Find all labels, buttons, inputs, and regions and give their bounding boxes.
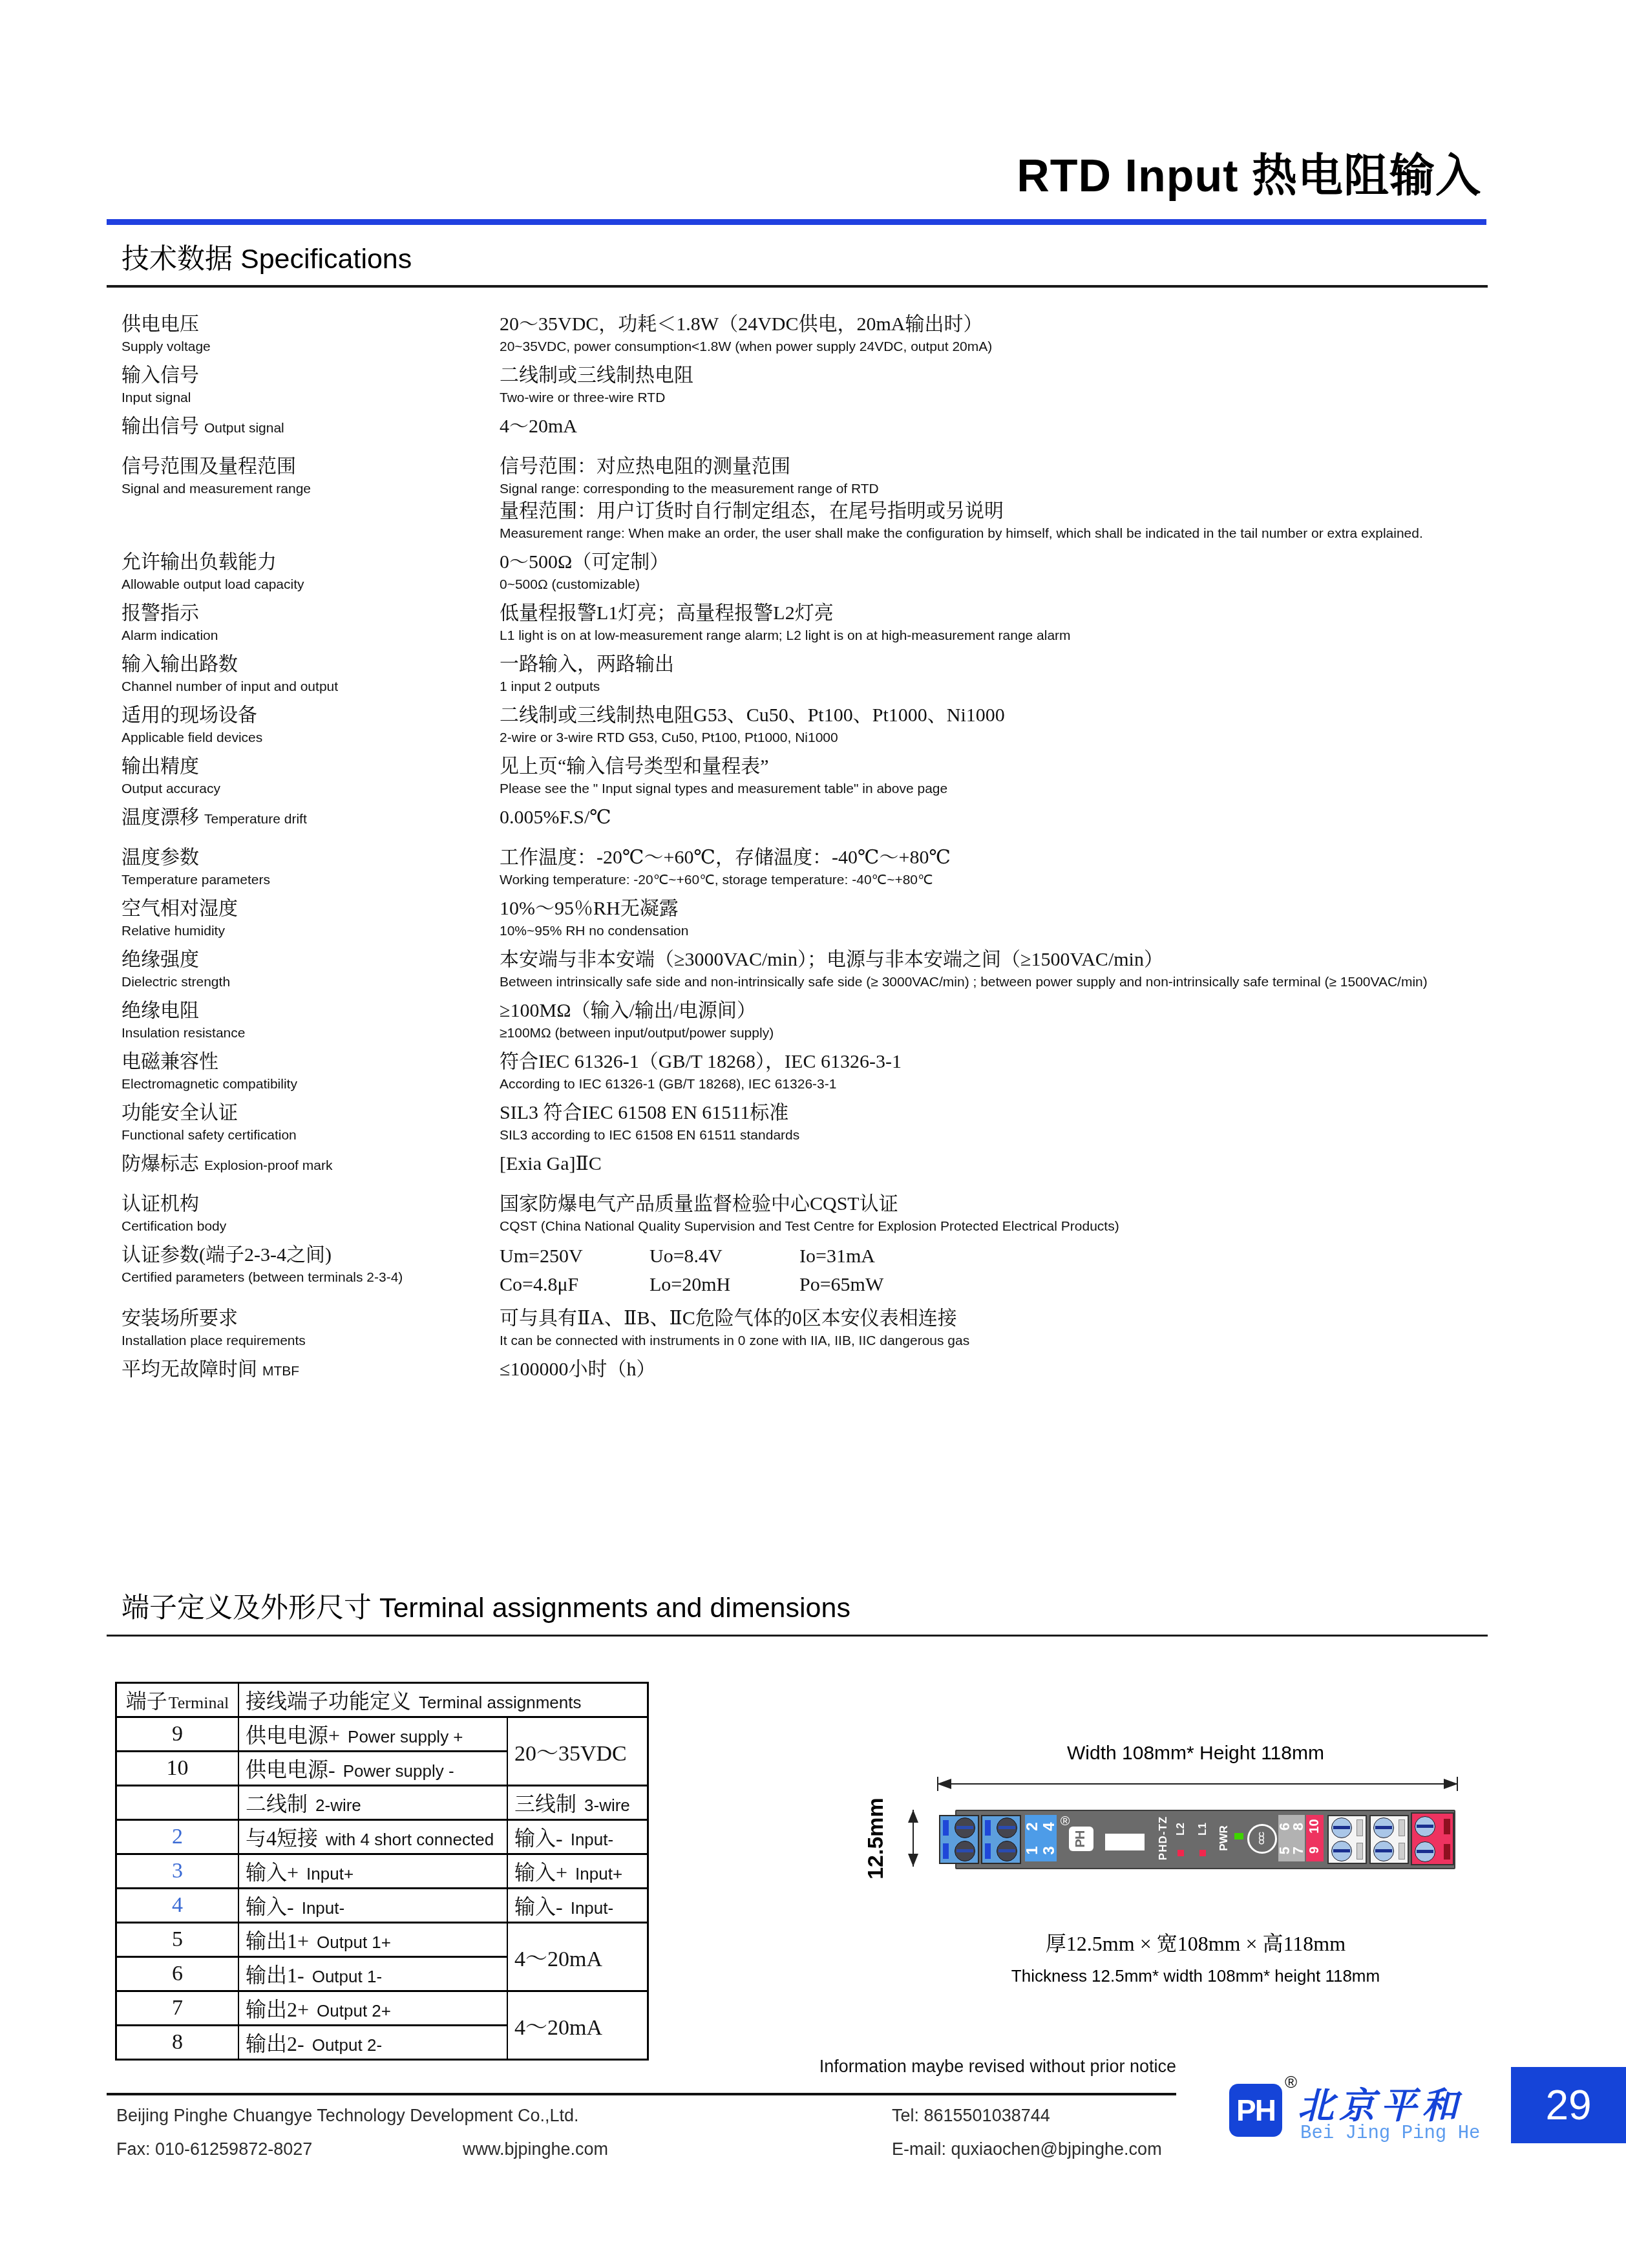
terminal-number: 2: [116, 1820, 239, 1854]
spec-label-zh: 允许输出负载能力: [121, 549, 500, 575]
spec-value: 4～20mA: [500, 414, 1505, 447]
spec-label: 温度参数Temperature parameters: [121, 845, 500, 889]
spec-value-zh: 一路输入，两路输出: [500, 652, 1505, 677]
terminal-function: 输出2-Output 2-: [238, 2026, 507, 2060]
led-label-l1: L1: [1194, 1811, 1211, 1847]
spec-param: Io=31mA: [799, 1242, 949, 1271]
spec-value-zh: 0～500Ω（可定制）: [500, 549, 1505, 575]
spec-label-zh: 温度漂移Temperature drift: [121, 805, 500, 832]
led-label-l2: L2: [1172, 1811, 1189, 1847]
table-row-2: 2 与4短接with 4 short connected 输入-Input-: [116, 1820, 648, 1854]
terminal-function: 输入+Input+: [238, 1854, 507, 1889]
spec-row: 安装场所要求Installation place requirements可与具…: [121, 1306, 1505, 1350]
spec-value-en: CQST (China National Quality Supervision…: [500, 1217, 1505, 1236]
spec-label-zh: 电磁兼容性: [121, 1049, 500, 1075]
screw-icon: [997, 1818, 1017, 1838]
spec-label-en: Temperature drift: [204, 812, 307, 827]
spec-value-en: According to IEC 61326-1 (GB/T 18268), I…: [500, 1075, 1505, 1094]
specs-list: 供电电压Supply voltage20～35VDC，功耗＜1.8W（24VDC…: [121, 312, 1505, 1397]
table-header-row: 端子Terminal 接线端子功能定义Terminal assignments: [116, 1683, 648, 1717]
terminals-heading-rule: [107, 1635, 1488, 1637]
terminal-block-white-1: [1327, 1815, 1367, 1864]
spec-label: 信号范围及量程范围Signal and measurement range: [121, 454, 500, 543]
spec-value-en: Between intrinsically safe side and non-…: [500, 973, 1505, 991]
led-label-pwr: PWR: [1215, 1810, 1233, 1867]
spec-value-zh: 工作温度：-20℃～+60℃，存储温度：-40℃～+80℃: [500, 845, 1505, 871]
width-height-label: Width 108mm* Height 118mm: [969, 1743, 1422, 1765]
thickness-label: 12.5mm: [861, 1805, 891, 1872]
spec-label-en: Explosion-proof mark: [204, 1158, 332, 1173]
spec-value: ≥100MΩ（输入/输出/电源间）≥100MΩ (between input/o…: [500, 998, 1505, 1043]
arrow-down-icon: [908, 1854, 918, 1867]
vertical-dimension-arrow: [913, 1810, 914, 1867]
spec-value-zh: 信号范围：对应热电阻的测量范围: [500, 454, 1505, 480]
terminal-block-white-2: [1369, 1815, 1409, 1864]
spec-row: 绝缘强度Dielectric strength本安端与非本安端（≥3000VAC…: [121, 947, 1505, 991]
header-assignments: 接线端子功能定义Terminal assignments: [238, 1683, 648, 1717]
terminal-value: 20～35VDC: [507, 1717, 648, 1786]
spec-value: 见上页“输入信号类型和量程表”Please see the " Input si…: [500, 754, 1505, 798]
spec-value: 工作温度：-20℃～+60℃，存储温度：-40℃～+80℃Working tem…: [500, 845, 1505, 889]
spec-value: 二线制或三线制热电阻G53、Cu50、Pt100、Pt1000、Ni10002-…: [500, 703, 1505, 747]
wire-slot: [1399, 1819, 1405, 1836]
spec-label-zh: 防爆标志Explosion-proof mark: [121, 1151, 500, 1179]
specs-heading-rule: [107, 285, 1488, 288]
terminal-number: 8: [116, 2026, 239, 2060]
spec-label-zh: 认证机构: [121, 1191, 500, 1217]
panel-number: 9: [1306, 1839, 1324, 1861]
spec-param: Um=250V: [500, 1242, 649, 1271]
spec-row: 温度漂移Temperature drift0.005%F.S/℃: [121, 805, 1505, 838]
table-row-9: 9 供电电源+Power supply + 20～35VDC: [116, 1717, 648, 1752]
terminal-function: 输出2+Output 2+: [238, 1991, 507, 2026]
spec-value-en: It can be connected with instruments in …: [500, 1331, 1505, 1350]
specs-heading-en: Specifications: [240, 244, 412, 275]
spec-label: 安装场所要求Installation place requirements: [121, 1306, 500, 1350]
terminal-function: 与4短接with 4 short connected: [238, 1820, 507, 1854]
spec-label: 输出精度Output accuracy: [121, 754, 500, 798]
spec-row: 适用的现场设备Applicable field devices二线制或三线制热电…: [121, 703, 1505, 747]
terminal-number: 10: [116, 1752, 239, 1786]
wire-slot: [1357, 1843, 1363, 1860]
company-logo: PH: [1229, 2084, 1282, 2137]
screw-icon: [1331, 1818, 1352, 1838]
spec-label-en: Certified parameters (between terminals …: [121, 1268, 500, 1287]
spec-label: 绝缘强度Dielectric strength: [121, 947, 500, 991]
spec-value-zh: 低量程报警L1灯亮；高量程报警L2灯亮: [500, 600, 1505, 626]
spec-value: 10%～95％RH无凝露10%~95% RH no condensation: [500, 896, 1505, 940]
spec-label: 功能安全认证Functional safety certification: [121, 1100, 500, 1145]
terminals-section-heading: 端子定义及外形尺寸 Terminal assignments and dimen…: [121, 1586, 850, 1626]
spec-label-en: Channel number of input and output: [121, 677, 500, 696]
terminal-number-empty: [116, 1786, 239, 1820]
spec-label-en: MTBF: [262, 1364, 299, 1379]
dimensions-text-zh: 厚12.5mm × 宽108mm × 高118mm: [969, 1927, 1422, 1957]
screw-icon: [1373, 1818, 1394, 1838]
spec-label: 允许输出负载能力Allowable output load capacity: [121, 549, 500, 594]
terminal-number-panel-red: 10 9: [1306, 1815, 1324, 1861]
screw-icon: [1373, 1841, 1394, 1861]
wire-slot: [1444, 1819, 1450, 1834]
spec-value: 信号范围：对应热电阻的测量范围Signal range: correspondi…: [500, 454, 1505, 543]
spec-label-en: Dielectric strength: [121, 973, 500, 991]
spec-label-en: Electromagnetic compatibility: [121, 1075, 500, 1094]
spec-label-zh: 输出精度: [121, 754, 500, 779]
screw-icon: [1415, 1816, 1435, 1837]
spec-label-en: Applicable field devices: [121, 728, 500, 747]
spec-value: 符合IEC 61326-1（GB/T 18268），IEC 61326-3-1A…: [500, 1049, 1505, 1094]
terminal-function: 输出1-Output 1-: [238, 1957, 507, 1991]
spec-value-zh: [Exia Ga]ⅡC: [500, 1151, 1505, 1177]
spec-value-en: 2-wire or 3-wire RTD G53, Cu50, Pt100, P…: [500, 728, 1505, 747]
spec-params-line: Co=4.8μFLo=20mHPo=65mW: [500, 1271, 1505, 1299]
table-row-3: 3 输入+Input+ 输入+Input+: [116, 1854, 648, 1889]
spec-value-zh: 0.005%F.S/℃: [500, 805, 1505, 831]
spec-label-zh: 输入输出路数: [121, 652, 500, 677]
company-fax: Fax: 010-61259872-8027: [116, 2139, 312, 2159]
spec-value-zh: 二线制或三线制热电阻: [500, 363, 1505, 388]
spec-value: 国家防爆电气产品质量监督检验中心CQST认证CQST (China Nation…: [500, 1191, 1505, 1236]
spec-value: [Exia Ga]ⅡC: [500, 1151, 1505, 1185]
spec-value-zh: 量程范围：用户订货时自行制定组态，在尾号指明或另说明: [500, 498, 1505, 524]
spec-label-en: Alarm indication: [121, 626, 500, 645]
spec-value-zh: 10%～95％RH无凝露: [500, 896, 1505, 922]
spec-value-zh: 符合IEC 61326-1（GB/T 18268），IEC 61326-3-1: [500, 1049, 1505, 1075]
terminal-number-panel-gray: 6 8 5 7: [1278, 1815, 1305, 1861]
spec-label: 供电电压Supply voltage: [121, 312, 500, 356]
spec-label-zh: 绝缘强度: [121, 947, 500, 973]
spec-row: 报警指示Alarm indication低量程报警L1灯亮；高量程报警L2灯亮L…: [121, 600, 1505, 645]
terminal-number: 9: [116, 1717, 239, 1752]
spec-value-en: Please see the " Input signal types and …: [500, 779, 1505, 798]
table-row-4: 4 输入-Input- 输入-Input-: [116, 1889, 648, 1923]
spec-row: 绝缘电阻Insulation resistance≥100MΩ（输入/输出/电源…: [121, 998, 1505, 1043]
spec-label: 认证参数(端子2-3-4之间)Certified parameters (bet…: [121, 1242, 500, 1299]
spec-label-en: Installation place requirements: [121, 1331, 500, 1350]
spec-label-zh: 安装场所要求: [121, 1306, 500, 1331]
spec-row: 输出信号Output signal4～20mA: [121, 414, 1505, 447]
spec-value-en: L1 light is on at low-measurement range …: [500, 626, 1505, 645]
terminal-number: 7: [116, 1991, 239, 2026]
spec-value-zh: ≤100000小时（h）: [500, 1357, 1505, 1383]
terminals-heading-zh: 端子定义及外形尺寸: [121, 1593, 372, 1624]
ccc-mark-icon: CCC: [1247, 1824, 1277, 1854]
terminal-3wire-function: 输入-Input-: [507, 1889, 648, 1923]
spec-value-en: Working temperature: -20℃~+60℃, storage …: [500, 871, 1505, 889]
spec-param: Co=4.8μF: [500, 1271, 649, 1299]
terminal-block-blue-2: [981, 1815, 1021, 1864]
led-l1-icon: [1199, 1850, 1206, 1856]
spec-row: 温度参数Temperature parameters工作温度：-20℃～+60℃…: [121, 845, 1505, 889]
spec-label-en: Output signal: [204, 421, 284, 436]
terminal-3wire-function: 输入+Input+: [507, 1854, 648, 1889]
spec-label-en: Relative humidity: [121, 922, 500, 940]
wire-slot: [943, 1820, 949, 1836]
spec-row: 平均无故障时间MTBF≤100000小时（h）: [121, 1357, 1505, 1390]
spec-label: 平均无故障时间MTBF: [121, 1357, 500, 1390]
spec-param: Uo=8.4V: [649, 1242, 799, 1271]
spec-value-en: Measurement range: When make an order, t…: [500, 524, 1505, 543]
datasheet-page: RTD Input 热电阻输入 技术数据 Specifications 供电电压…: [0, 0, 1626, 2268]
terminal-block-blue-1: [939, 1815, 979, 1864]
panel-number: 2: [1025, 1815, 1040, 1838]
spec-label-en: Supply voltage: [121, 337, 500, 356]
spec-value-zh: 二线制或三线制热电阻G53、Cu50、Pt100、Pt1000、Ni1000: [500, 703, 1505, 728]
terminal-number: 5: [116, 1923, 239, 1957]
dimensions-text-en: Thickness 12.5mm* width 108mm* height 11…: [969, 1966, 1422, 1986]
spec-value-en: SIL3 according to IEC 61508 EN 61511 sta…: [500, 1126, 1505, 1145]
spec-value-en: ≥100MΩ (between input/output/power suppl…: [500, 1024, 1505, 1043]
revision-notice: Information maybe revised without prior …: [107, 2057, 1176, 2077]
spec-value-zh: SIL3 符合IEC 61508 EN 61511标准: [500, 1100, 1505, 1126]
spec-label-en: Signal and measurement range: [121, 480, 500, 498]
spec-value: 二线制或三线制热电阻Two-wire or three-wire RTD: [500, 363, 1505, 407]
company-name: Beijing Pinghe Chuangye Technology Devel…: [116, 2106, 578, 2126]
panel-number: 10: [1306, 1815, 1324, 1838]
arrow-left-icon: [937, 1779, 951, 1789]
spec-label-zh: 报警指示: [121, 600, 500, 626]
spec-value: 可与具有ⅡA、ⅡB、ⅡC危险气体的0区本安仪表相连接It can be conn…: [500, 1306, 1505, 1350]
header-accent-rule: [107, 219, 1486, 225]
spec-label: 输入输出路数Channel number of input and output: [121, 652, 500, 696]
terminal-function: 供电电源+Power supply +: [238, 1717, 507, 1752]
table-row-wiretype: 二线制2-wire 三线制3-wire: [116, 1786, 648, 1820]
spec-label: 电磁兼容性Electromagnetic compatibility: [121, 1049, 500, 1094]
spec-params-line: Um=250VUo=8.4VIo=31mA: [500, 1242, 1505, 1271]
terminal-table: 端子Terminal 接线端子功能定义Terminal assignments …: [115, 1682, 649, 2061]
arrow-up-icon: [908, 1810, 918, 1823]
spec-value-en: 20~35VDC, power consumption<1.8W (when p…: [500, 337, 1505, 356]
spec-value-zh: 20～35VDC，功耗＜1.8W（24VDC供电，20mA输出时）: [500, 312, 1505, 337]
spec-label: 输入信号Input signal: [121, 363, 500, 407]
spec-value-en: Two-wire or three-wire RTD: [500, 388, 1505, 407]
spec-row: 供电电压Supply voltage20～35VDC，功耗＜1.8W（24VDC…: [121, 312, 1505, 356]
spec-row: 功能安全认证Functional safety certificationSIL…: [121, 1100, 1505, 1145]
table-row-7: 7 输出2+Output 2+ 4～20mA: [116, 1991, 648, 2026]
spec-label: 空气相对湿度Relative humidity: [121, 896, 500, 940]
spec-label: 报警指示Alarm indication: [121, 600, 500, 645]
wiretype-2wire: 二线制2-wire: [238, 1786, 507, 1820]
spec-value-zh: ≥100MΩ（输入/输出/电源间）: [500, 998, 1505, 1024]
wire-slot: [943, 1843, 949, 1859]
panel-number: 4: [1042, 1815, 1057, 1838]
specs-heading-zh: 技术数据: [121, 244, 233, 275]
spec-label-en: Allowable output load capacity: [121, 575, 500, 594]
spec-label-zh: 绝缘电阻: [121, 998, 500, 1024]
spec-label-en: Input signal: [121, 388, 500, 407]
ph-logo-on-module: PH: [1069, 1827, 1093, 1851]
spec-value: 0～500Ω（可定制）0~500Ω (customizable): [500, 549, 1505, 594]
led-l2-icon: [1177, 1850, 1184, 1856]
spec-row: 允许输出负载能力Allowable output load capacity0～…: [121, 549, 1505, 594]
spec-value-zh: 见上页“输入信号类型和量程表”: [500, 754, 1505, 779]
wire-slot: [1357, 1819, 1363, 1836]
spec-label-en: Output accuracy: [121, 779, 500, 798]
footer-rule: [107, 2093, 1176, 2095]
screw-icon: [1331, 1841, 1352, 1861]
spec-label-zh: 认证参数(端子2-3-4之间): [121, 1242, 500, 1268]
page-number-badge: 29: [1511, 2067, 1626, 2143]
wire-slot: [985, 1820, 991, 1836]
company-logo-zh: 北京平和: [1298, 2077, 1463, 2129]
terminal-3wire-function: 输入-Input-: [507, 1820, 648, 1854]
terminal-number-panel-left: 2 4 1 3: [1025, 1815, 1057, 1861]
spec-value: 一路输入，两路输出1 input 2 outputs: [500, 652, 1505, 696]
spec-value-zh: 本安端与非本安端（≥3000VAC/min）；电源与非本安端之间（≥1500VA…: [500, 947, 1505, 973]
spec-value-en: 0~500Ω (customizable): [500, 575, 1505, 594]
spec-value-zh: 4～20mA: [500, 414, 1505, 440]
spec-label-zh: 空气相对湿度: [121, 896, 500, 922]
module-label-window: [1105, 1834, 1145, 1850]
spec-row: 电磁兼容性Electromagnetic compatibility符合IEC …: [121, 1049, 1505, 1094]
specs-section-heading: 技术数据 Specifications: [121, 237, 412, 277]
device-dimension-diagram: Width 108mm* Height 118mm 12.5mm 2 4 1: [866, 1700, 1626, 2036]
terminals-heading-en: Terminal assignments and dimensions: [379, 1593, 850, 1624]
spec-value-zh: 国家防爆电气产品质量监督检验中心CQST认证: [500, 1191, 1505, 1217]
company-website[interactable]: www.bjpinghe.com: [463, 2139, 608, 2159]
panel-number: 3: [1042, 1839, 1057, 1861]
wire-slot: [1444, 1844, 1450, 1860]
spec-row: 空气相对湿度Relative humidity10%～95％RH无凝露10%~9…: [121, 896, 1505, 940]
wire-slot: [1399, 1843, 1405, 1860]
spec-label: 绝缘电阻Insulation resistance: [121, 998, 500, 1043]
panel-number: 1: [1025, 1839, 1040, 1861]
spec-value: ≤100000小时（h）: [500, 1357, 1505, 1390]
table-row-5: 5 输出1+Output 1+ 4～20mA: [116, 1923, 648, 1957]
terminal-block-red: [1411, 1812, 1454, 1865]
arrow-right-icon: [1444, 1779, 1458, 1789]
panel-number: 6: [1278, 1815, 1291, 1838]
spec-label-zh: 功能安全认证: [121, 1100, 500, 1126]
spec-row: 认证机构Certification body国家防爆电气产品质量监督检验中心CQ…: [121, 1191, 1505, 1236]
spec-value: 20～35VDC，功耗＜1.8W（24VDC供电，20mA输出时）20~35VD…: [500, 312, 1505, 356]
panel-number: 7: [1293, 1839, 1305, 1861]
terminal-value: 4～20mA: [507, 1923, 648, 1991]
spec-label: 认证机构Certification body: [121, 1191, 500, 1236]
terminal-value: 4～20mA: [507, 1991, 648, 2060]
spec-value-en: Signal range: corresponding to the measu…: [500, 480, 1505, 498]
wire-slot: [985, 1843, 991, 1859]
company-email[interactable]: E-mail: quxiaochen@bjpinghe.com: [892, 2139, 1162, 2159]
spec-value: 0.005%F.S/℃: [500, 805, 1505, 838]
spec-value: 本安端与非本安端（≥3000VAC/min）；电源与非本安端之间（≥1500VA…: [500, 947, 1505, 991]
spec-value-zh: 可与具有ⅡA、ⅡB、ⅡC危险气体的0区本安仪表相连接: [500, 1306, 1505, 1331]
wiretype-3wire: 三线制3-wire: [507, 1786, 648, 1820]
spec-label-zh: 温度参数: [121, 845, 500, 871]
spec-value: SIL3 符合IEC 61508 EN 61511标准SIL3 accordin…: [500, 1100, 1505, 1145]
spec-value: 低量程报警L1灯亮；高量程报警L2灯亮L1 light is on at low…: [500, 600, 1505, 645]
panel-number: 5: [1278, 1839, 1291, 1861]
terminal-number: 4: [116, 1889, 239, 1923]
spec-label-en: Certification body: [121, 1217, 500, 1236]
screw-icon: [955, 1818, 975, 1838]
spec-label-zh: 平均无故障时间MTBF: [121, 1357, 500, 1384]
spec-row: 信号范围及量程范围Signal and measurement range信号范…: [121, 454, 1505, 543]
spec-label-en: Temperature parameters: [121, 871, 500, 889]
terminal-number: 3: [116, 1854, 239, 1889]
spec-label-zh: 信号范围及量程范围: [121, 454, 500, 480]
spec-label: 适用的现场设备Applicable field devices: [121, 703, 500, 747]
screw-icon: [1415, 1841, 1435, 1862]
spec-label-zh: 供电电压: [121, 312, 500, 337]
terminal-function: 输入-Input-: [238, 1889, 507, 1923]
logo-registered-mark: ®: [1285, 2072, 1297, 2092]
spec-value: Um=250VUo=8.4VIo=31mACo=4.8μFLo=20mHPo=6…: [500, 1242, 1505, 1299]
spec-label-en: Functional safety certification: [121, 1126, 500, 1145]
header-terminal: 端子Terminal: [116, 1683, 239, 1717]
spec-label-zh: 适用的现场设备: [121, 703, 500, 728]
spec-param: Po=65mW: [799, 1271, 949, 1299]
terminal-number: 6: [116, 1957, 239, 1991]
terminal-function: 供电电源-Power supply -: [238, 1752, 507, 1786]
spec-label: 温度漂移Temperature drift: [121, 805, 500, 838]
spec-label-en: Insulation resistance: [121, 1024, 500, 1043]
led-pwr-icon: [1234, 1833, 1243, 1839]
screw-icon: [997, 1841, 1017, 1861]
panel-number: 8: [1293, 1815, 1305, 1838]
spec-row: 认证参数(端子2-3-4之间)Certified parameters (bet…: [121, 1242, 1505, 1299]
horizontal-dimension-arrow: [937, 1783, 1458, 1785]
spec-param: Lo=20mH: [649, 1271, 799, 1299]
spec-value-en: 1 input 2 outputs: [500, 677, 1505, 696]
company-tel: Tel: 8615501038744: [892, 2106, 1050, 2126]
spec-row: 输入输出路数Channel number of input and output…: [121, 652, 1505, 696]
spec-label-zh: 输入信号: [121, 363, 500, 388]
spec-row: 输出精度Output accuracy见上页“输入信号类型和量程表”Please…: [121, 754, 1505, 798]
spec-value-en: 10%~95% RH no condensation: [500, 922, 1505, 940]
screw-icon: [955, 1841, 975, 1861]
company-logo-en: Bei Jing Ping He: [1300, 2123, 1480, 2144]
page-title: RTD Input 热电阻输入: [1017, 140, 1481, 205]
spec-label: 防爆标志Explosion-proof mark: [121, 1151, 500, 1185]
spec-label-zh: 输出信号Output signal: [121, 414, 500, 441]
spec-label: 输出信号Output signal: [121, 414, 500, 447]
spec-row: 防爆标志Explosion-proof mark[Exia Ga]ⅡC: [121, 1151, 1505, 1185]
terminal-function: 输出1+Output 1+: [238, 1923, 507, 1957]
spec-row: 输入信号Input signal二线制或三线制热电阻Two-wire or th…: [121, 363, 1505, 407]
